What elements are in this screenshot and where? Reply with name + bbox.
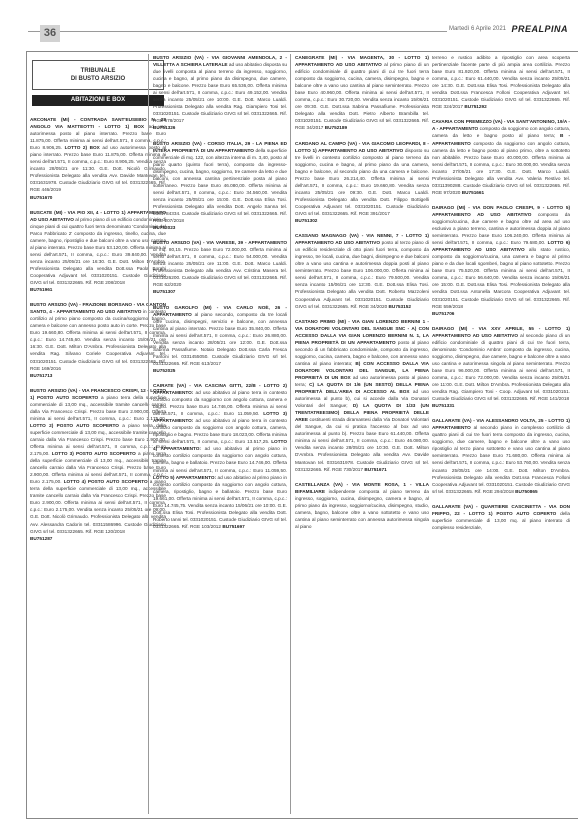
notice-gallarate-volta: GALLARATE (VA) - VIA ALESSANDRO VOLTA, 2… (432, 417, 570, 495)
notice-castellanza: CASTELLANZA (VA) - VIA MONTE ROSA, 1 - V… (295, 481, 429, 530)
notice-code: BU751706 (432, 310, 570, 317)
notice-body: posto al terzo piano di un edificio resi… (295, 240, 429, 308)
notice-busto-corso-italia: BUSTO ARSIZIO (VA) - CORSO ITALIA, 29 - … (153, 140, 287, 232)
notice-cavaria: CAVARIA CON PREMEZZO (VA) - VIA SANT'ANT… (432, 118, 570, 196)
newspaper-logo: PREALPINA (508, 24, 568, 34)
notice-canegrate: CANEGRATE (MI) - VIA MAGENTA, 30 - LOTTO… (295, 54, 429, 132)
notice-body: costituenti strada diramantesi dalla Via… (295, 417, 429, 471)
notice-code: BU751331 (432, 402, 570, 409)
notice-body: al secondo piano di un edificio condomin… (432, 333, 570, 401)
notice-code: BU751697 (222, 524, 244, 529)
notice-code: BU752023 (153, 224, 287, 231)
notice-body: di mq. 80,15. Prezzo base Euro 72.000,00… (153, 247, 287, 287)
column-2: BUSTO ARSIZIO (VA) - VIA GIOVANNI AMENDO… (148, 54, 287, 814)
notice-code: BU751326 (153, 124, 287, 131)
notice-heading: GALLARATE (VA) - QUARTIERE CASCINETTA - … (432, 504, 570, 516)
notice-body: a piano terra della superficie commercia… (30, 479, 166, 533)
notice-lot-heading: LOTTO 3) POSTO AUTO SCOPERTO (52, 451, 136, 456)
notice-gallarate-cascinetta: GALLARATE (VA) - QUARTIERE CASCINETTA - … (432, 503, 570, 531)
notice-lot-heading: LOTTO 5) APPARTAMENTO: (153, 475, 216, 480)
notice-busto-varese: BUSTO ARSIZIO (VA) - VIA VARESE, 39 - AP… (153, 239, 287, 295)
notice-body: ad uso abitativo disposta su due livelli… (153, 62, 287, 123)
notice-code: BU751307 (153, 288, 287, 295)
page-number: 36 (40, 25, 60, 42)
notice-code: BU751302 (295, 217, 429, 224)
notice-code: BU750865 (515, 489, 537, 494)
notice-body: allo stato rustico, composto da soggiorn… (432, 247, 570, 308)
tribunal-title-line1: TRIBUNALE (33, 67, 163, 75)
notice-arconate: ARCONATE (MI) - CONTRADA SANT'EUSEBIO N.… (30, 116, 166, 201)
tribunal-title-box: TRIBUNALE DI BUSTO ARSIZIO (32, 60, 164, 90)
notice-body: della superficie commerciale di mq. 122,… (153, 148, 287, 223)
notice-body: composto da soggiorno con angolo cottura… (432, 141, 570, 195)
notice-body: al piano secondo, composto da tre locali… (153, 312, 287, 366)
notice-castano: CASTANO PRIMO (MI) - VIA GIAN LORENZO BE… (295, 318, 429, 473)
notice-busto-amendola: BUSTO ARSIZIO (VA) - VIA GIOVANNI AMENDO… (153, 54, 287, 132)
notice-code: BU751292 (464, 104, 486, 109)
notice-dairago-xxv-aprile: DAIRAGO (MI) - VIA XXV APRILE, 55 - LOTT… (432, 325, 570, 410)
notice-code: BU751961 (30, 286, 166, 293)
notice-code: BU752189 (325, 125, 347, 130)
notice-body: terreno e rustico adibito a ripostiglio … (432, 55, 570, 109)
notice-body: ad uso autorimessa posto al piano interr… (30, 145, 166, 192)
notice-body: indipendente composta al piano terreno d… (295, 489, 429, 529)
notice-lot-heading: LOTTO 2) BOX (65, 145, 100, 150)
notice-code: BU753152 (389, 304, 411, 309)
notice-cairate: CAIRATE (VA) - VIA CASCINA GITTI, 22/B -… (153, 382, 287, 530)
notice-busto-borsano: BUSTO ARSIZIO (VA) - FRAZIONE BORSANO - … (30, 301, 166, 379)
notice-buscate: BUSCATE (MI) - VIA PIO XII, 4 - LOTTO 1)… (30, 209, 166, 294)
tribunal-title-line2: DI BUSTO ARSIZIO (33, 75, 163, 83)
notice-code: BU752025 (153, 367, 287, 374)
notice-busto-garolfo: BUSTO GAROLFO (MI) - VIA CARLO NOÈ, 26 -… (153, 304, 287, 374)
notice-lot-heading: LOTTO 2) POSTO AUTO SCOPERTO (30, 423, 119, 428)
column-1: TRIBUNALE DI BUSTO ARSIZIO ABITAZIONI E … (30, 57, 166, 550)
notice-cardano: CARDANO AL CAMPO (VA) - VIA GIACOMO LEOP… (295, 140, 429, 225)
notice-code: BU751661 (462, 190, 484, 195)
notice-heading: BUSTO ARSIZIO (VA) - VIA VARESE, 39 - AP… (153, 240, 287, 245)
category-bar: ABITAZIONI E BOX (32, 95, 164, 106)
notice-cassano: CASSANO MAGNAGO (VA) - VIA NENNI, 7 - LO… (295, 232, 429, 310)
notice-body: al secondo piano in complesso cortilizio… (432, 425, 570, 493)
notice-body: al primo piano di un edificio condominia… (30, 217, 166, 285)
notice-body: ad uso abitativo al primo piano in conte… (153, 475, 287, 529)
column-4: terreno e rustico adibito a ripostiglio … (432, 54, 570, 539)
notice-lot-heading: LOTTO 4) POSTO AUTO SCOPERTO (64, 479, 148, 484)
notice-busto-crispi: BUSTO ARSIZIO (VA) - VIA FRANCESCO CRISP… (30, 387, 166, 542)
notice-body: in contesto cortilizio al primo piano co… (30, 309, 166, 370)
issue-date: Martedì 6 Aprile 2021 (447, 26, 508, 32)
notice-code: BU751670 (30, 194, 166, 201)
notice-code: BU751287 (30, 535, 166, 542)
column-3: CANEGRATE (MI) - VIA MAGENTA, 30 - LOTTO… (290, 54, 429, 814)
notice-dairago-crespi: DAIRAGO (MI) - VIA DON PAOLO CRESPI, 9 -… (432, 204, 570, 317)
notice-castellanza-continued: terreno e rustico adibito a ripostiglio … (432, 54, 570, 110)
page-header: 36 Martedì 6 Aprile 2021 PREALPINA (0, 0, 580, 40)
notice-body: al primo piano di un edificio condominia… (295, 62, 429, 130)
notice-code: BU751713 (30, 372, 166, 379)
notice-body: disposto su tre livelli in contesto cort… (295, 148, 429, 216)
notice-code: BU751671 (364, 467, 386, 472)
